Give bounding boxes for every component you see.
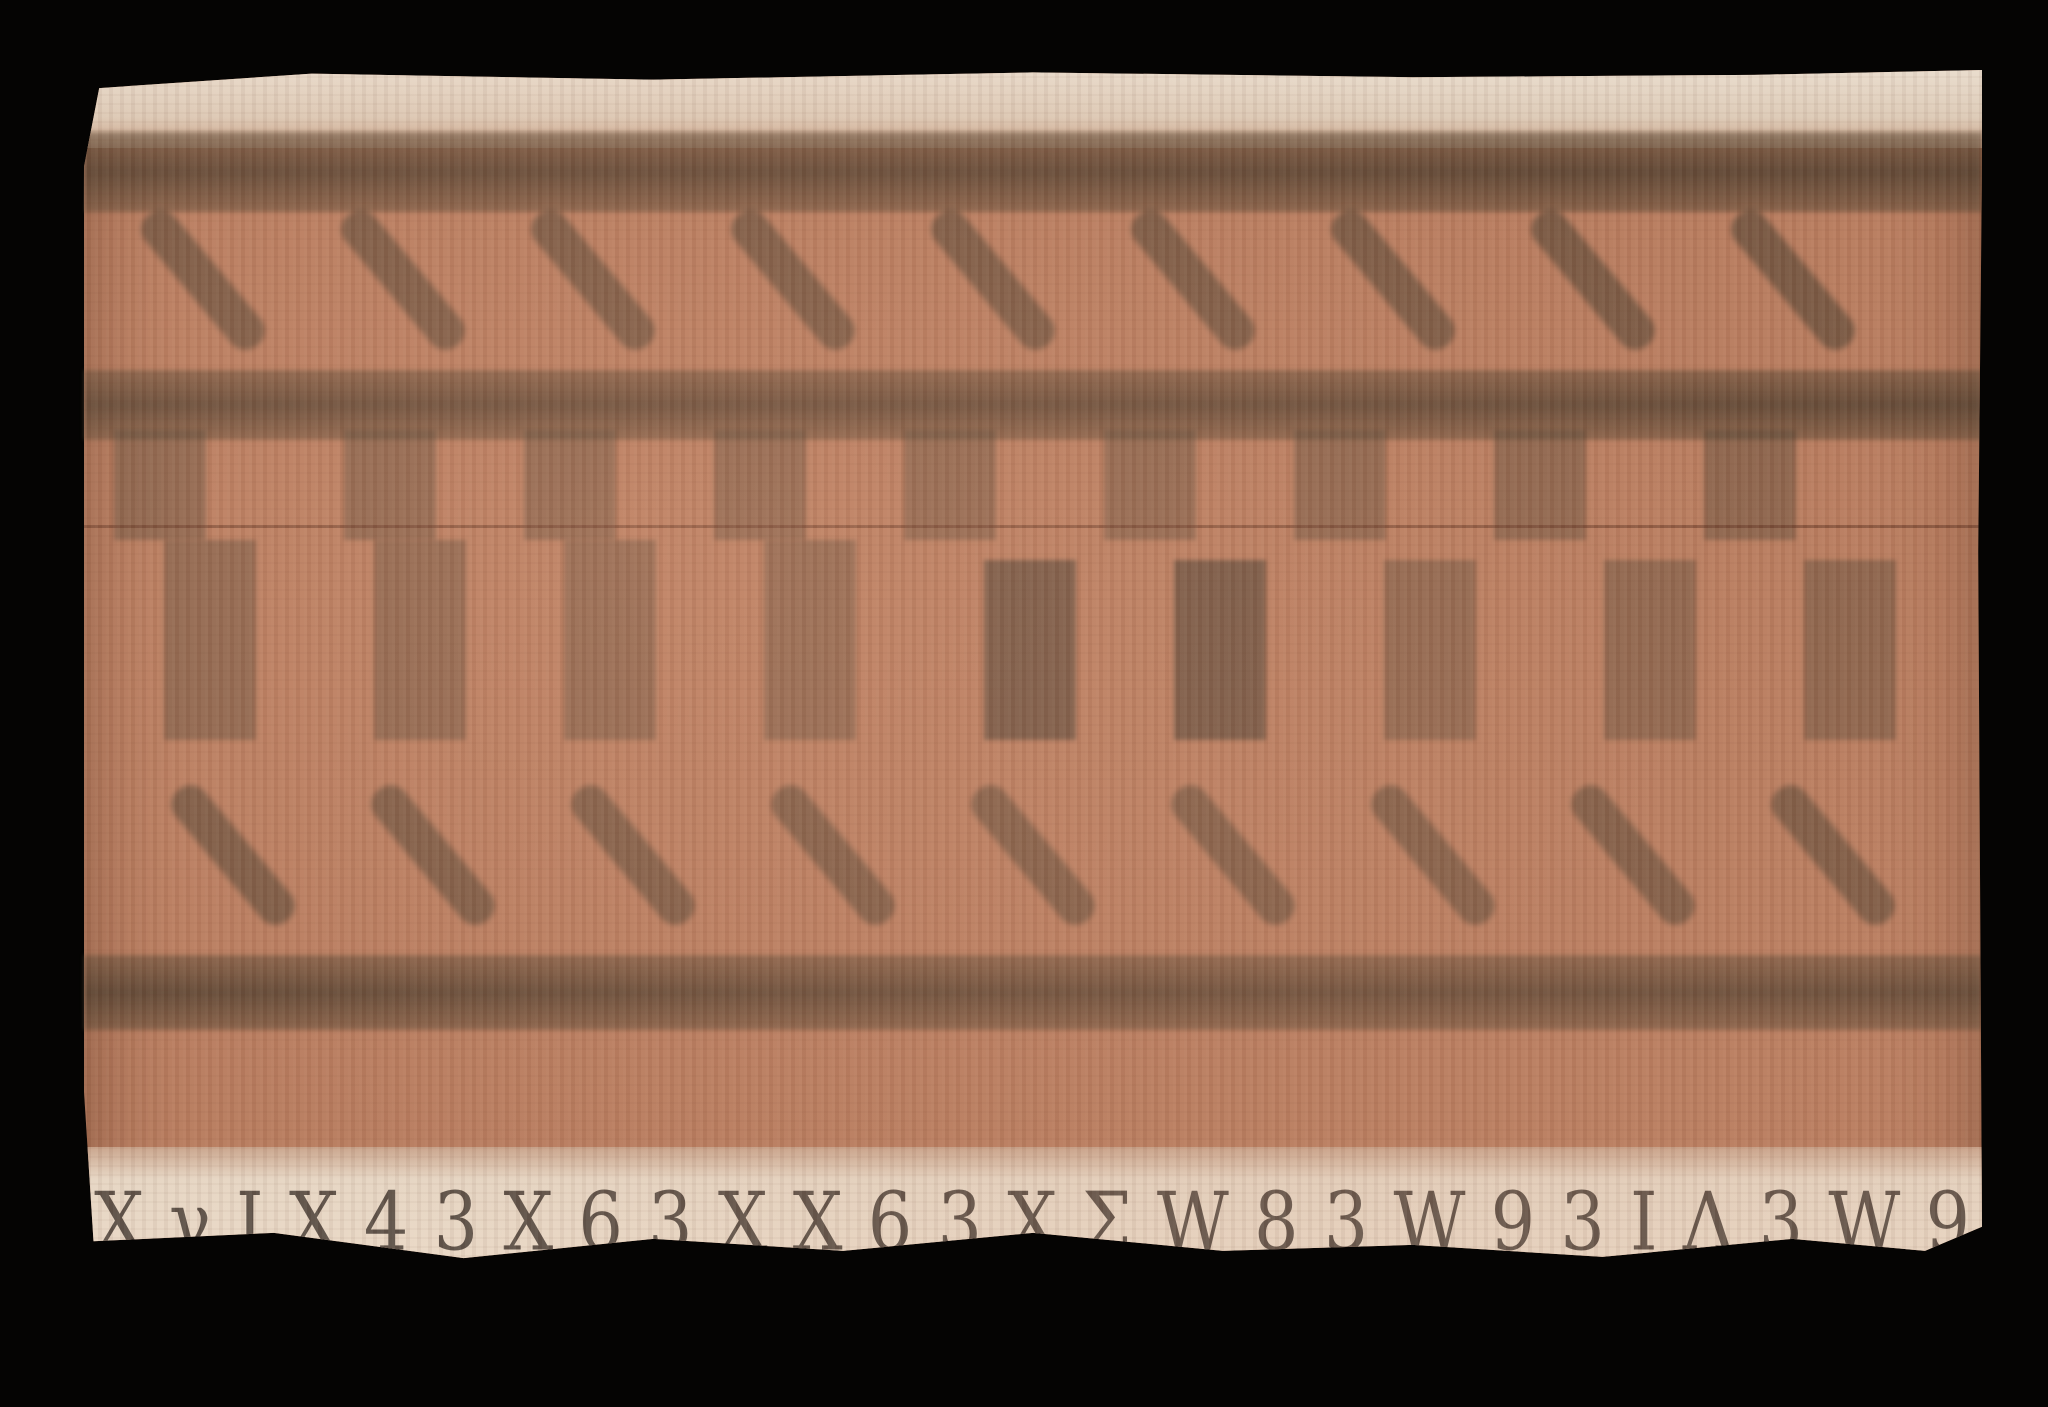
painted-glyph: 3 [1324, 1175, 1371, 1269]
diagonal-stripe [1724, 205, 1862, 357]
fold-crease [84, 525, 1982, 528]
diagonal-stripe [1764, 778, 1902, 933]
painted-glyph: 6 [578, 1175, 625, 1269]
diagonal-stripe-row-top [84, 205, 1982, 380]
dark-band-top [84, 132, 1982, 212]
painted-glyph: Λ [1683, 1175, 1736, 1269]
painted-glyph: 3 [1560, 1175, 1607, 1269]
panel-row-lower [84, 540, 1982, 750]
painted-glyph: 3 [938, 1175, 985, 1269]
painted-glyph: W [1393, 1175, 1467, 1269]
vertical-panel [764, 540, 856, 740]
vertical-panel [114, 430, 206, 540]
painted-glyph: X [289, 1175, 341, 1269]
vertical-panel [374, 540, 466, 740]
diagonal-stripe [164, 778, 302, 933]
vertical-panel [1804, 560, 1896, 740]
diagonal-stripe [964, 778, 1102, 933]
vertical-panel [1494, 430, 1586, 540]
vertical-panel [714, 430, 806, 540]
painted-glyph: 3 [434, 1175, 481, 1269]
vertical-panel [984, 560, 1076, 740]
panel-row-upper [84, 430, 1982, 540]
painted-glyph: 3 [1759, 1175, 1806, 1269]
vertical-panel [1384, 560, 1476, 740]
painted-glyph: 6 [868, 1175, 915, 1269]
vertical-panel [1294, 430, 1386, 540]
diagonal-stripe [724, 205, 862, 357]
painted-glyph: X [94, 1175, 146, 1269]
painted-glyph: Σ [1082, 1175, 1134, 1269]
painted-glyph: 3 [648, 1175, 695, 1269]
diagonal-stripe [524, 205, 662, 357]
diagonal-stripe [334, 205, 472, 357]
diagonal-stripe [924, 205, 1062, 357]
diagonal-stripe [1324, 205, 1462, 357]
diagonal-stripe [1524, 205, 1662, 357]
tapa-cloth: X γ I X 4 3 X 6 3 X X 6 3 X Σ W 8 3 W 9 [84, 70, 1982, 1275]
vertical-panel [1174, 560, 1266, 740]
diagonal-stripe [134, 205, 272, 357]
vertical-panel [1104, 430, 1196, 540]
vertical-panel [164, 540, 256, 740]
painted-glyph: 9 [1491, 1175, 1538, 1269]
diagonal-stripe [1124, 205, 1262, 357]
painted-glyph: 9 [1925, 1175, 1972, 1269]
painted-glyph: W [1828, 1175, 1902, 1269]
diagonal-stripe [364, 778, 502, 933]
dark-band-bottom [84, 955, 1982, 1030]
bottom-cream-border: X γ I X 4 3 X 6 3 X X 6 3 X Σ W 8 3 W 9 [84, 1147, 1982, 1275]
painted-glyph: I [236, 1175, 266, 1269]
photo-backdrop: X γ I X 4 3 X 6 3 X X 6 3 X Σ W 8 3 W 9 [0, 0, 2048, 1407]
diagonal-stripe [764, 778, 902, 933]
diagonal-stripe [564, 778, 702, 933]
diagonal-stripe [1364, 778, 1502, 933]
painted-glyph: W [1157, 1175, 1231, 1269]
painted-glyph: I [1630, 1175, 1660, 1269]
painted-characters: X γ I X 4 3 X 6 3 X X 6 3 X Σ W 8 3 W 9 [94, 1177, 1972, 1267]
painted-glyph: γ [169, 1175, 213, 1269]
painted-glyph: X [718, 1175, 770, 1269]
diagonal-stripe [1164, 778, 1302, 933]
diagonal-stripe [1564, 778, 1702, 933]
diagonal-stripe-row-bottom [84, 760, 1982, 950]
painted-glyph: X [793, 1175, 845, 1269]
vertical-panel [524, 430, 616, 540]
vertical-panel [564, 540, 656, 740]
painted-glyph: X [503, 1175, 555, 1269]
painted-glyph: X [1007, 1175, 1059, 1269]
painted-glyph: 8 [1254, 1175, 1301, 1269]
vertical-panel [1704, 430, 1796, 540]
vertical-panel [344, 430, 436, 540]
vertical-panel [1604, 560, 1696, 740]
painted-glyph: 4 [364, 1175, 411, 1269]
vertical-panel [904, 430, 996, 540]
